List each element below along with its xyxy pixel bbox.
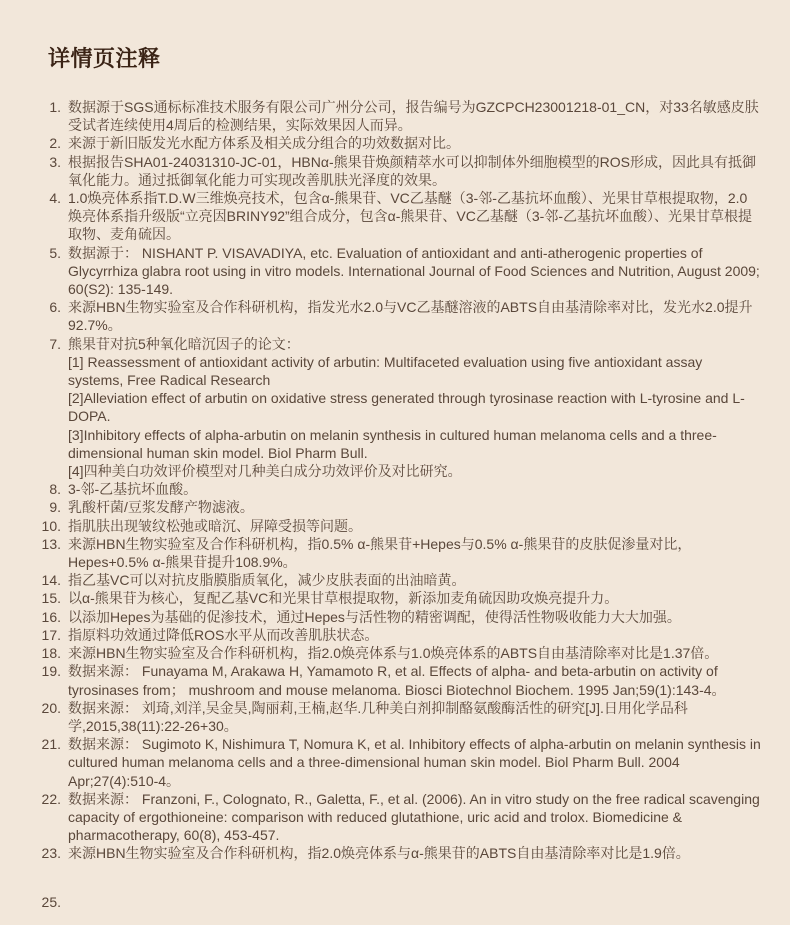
item-text: 指原料功效通过降低ROS水平从而改善肌肤状态。 [68,626,761,644]
item-number: 16. [33,608,61,626]
list-item: 10.指肌肤出现皱纹松弛或暗沉、屏障受损等问题。 [33,517,761,535]
item-number: 14. [33,571,61,589]
item-number: 22. [33,790,61,808]
list-item: 1.数据源于SGS通标标准技术服务有限公司广州分公司，报告编号为GZCPCH23… [33,98,761,134]
item-text: 数据来源： Funayama M, Arakawa H, Yamamoto R,… [68,662,761,698]
list-item: 6.来源HBN生物实验室及合作科研机构，指发光水2.0与VC乙基醚溶液的ABTS… [33,298,761,334]
item-text: 以添加Hepes为基础的促渗技术，通过Hepes与活性物的精密调配，使得活性物吸… [68,608,761,626]
list-item: 22.数据来源： Franzoni, F., Colognato, R., Ga… [33,790,761,845]
item-number: 17. [33,626,61,644]
item-text: 熊果苷对抗5种氧化暗沉因子的论文： [1] Reassessment of an… [68,335,761,481]
list-item: 19.数据来源： Funayama M, Arakawa H, Yamamoto… [33,662,761,698]
item-text: 数据源于： NISHANT P. VISAVADIYA, etc. Evalua… [68,244,761,299]
item-number: 20. [33,699,61,717]
list-item: 8.3-邻-乙基抗坏血酸。 [33,480,761,498]
item-number: 21. [33,735,61,753]
item-text: 数据来源： Sugimoto K, Nishimura T, Nomura K,… [68,735,761,790]
item-number: 13. [33,535,61,553]
list-item: 13.来源HBN生物实验室及合作科研机构，指0.5% α-熊果苷+Hepes与0… [33,535,761,571]
page-title: 详情页注释 [48,46,761,72]
list-item: 5.数据源于： NISHANT P. VISAVADIYA, etc. Eval… [33,244,761,299]
item-text: 指乙基VC可以对抗皮脂膜脂质氧化，减少皮肤表面的出油暗黄。 [68,571,761,589]
notes-list: 1.数据源于SGS通标标准技术服务有限公司广州分公司，报告编号为GZCPCH23… [33,98,761,863]
item-number: 18. [33,644,61,662]
list-item: 18.来源HBN生物实验室及合作科研机构，指2.0焕亮体系与1.0焕亮体系的AB… [33,644,761,662]
detail-notes-page: 详情页注释 1.数据源于SGS通标标准技术服务有限公司广州分公司，报告编号为GZ… [0,0,790,925]
list-item: 14.指乙基VC可以对抗皮脂膜脂质氧化，减少皮肤表面的出油暗黄。 [33,571,761,589]
item-number: 3. [33,153,61,171]
item-text: 乳酸杆菌/豆浆发酵产物滤液。 [68,498,761,516]
item-number: 6. [33,298,61,316]
list-item: 3.根据报告SHA01-24031310-JC-01，HBNα-熊果苷焕颜精萃水… [33,153,761,189]
list-item: 7.熊果苷对抗5种氧化暗沉因子的论文： [1] Reassessment of … [33,335,761,481]
list-item: 15.以α-熊果苷为核心，复配乙基VC和光果甘草根提取物，新添加麦角硫因助攻焕亮… [33,589,761,607]
item-number: 8. [33,480,61,498]
list-item: 23.来源HBN生物实验室及合作科研机构，指2.0焕亮体系与α-熊果苷的ABTS… [33,844,761,862]
item-number: 4. [33,189,61,207]
list-item: 16.以添加Hepes为基础的促渗技术，通过Hepes与活性物的精密调配，使得活… [33,608,761,626]
item-text: 3-邻-乙基抗坏血酸。 [68,480,761,498]
item-text: 数据来源： 刘琦,刘洋,吴金昊,陶丽莉,王楠,赵华.几种美白剂抑制酪氨酸酶活性的… [68,699,761,735]
item-number: 1. [33,98,61,116]
item-number: 15. [33,589,61,607]
item-text: 来源HBN生物实验室及合作科研机构，指0.5% α-熊果苷+Hepes与0.5%… [68,535,761,571]
item-number: 19. [33,662,61,680]
item-text: 来源HBN生物实验室及合作科研机构，指发光水2.0与VC乙基醚溶液的ABTS自由… [68,298,761,334]
item-number: 10. [33,517,61,535]
item-number: 23. [33,844,61,862]
item-text: 以α-熊果苷为核心，复配乙基VC和光果甘草根提取物，新添加麦角硫因助攻焕亮提升力… [68,589,761,607]
item-number: 5. [33,244,61,262]
item-text: 1.0焕亮体系指T.D.W三维焕亮技术，包含α-熊果苷、VC乙基醚（3-邻-乙基… [68,189,761,244]
item-text: 数据来源： Franzoni, F., Colognato, R., Galet… [68,790,761,845]
item-text: 来源于新旧版发光水配方体系及相关成分组合的功效数据对比。 [68,134,761,152]
list-item: 21.数据来源： Sugimoto K, Nishimura T, Nomura… [33,735,761,790]
list-item: 2.来源于新旧版发光水配方体系及相关成分组合的功效数据对比。 [33,134,761,152]
item-text: 指肌肤出现皱纹松弛或暗沉、屏障受损等问题。 [68,517,761,535]
item-text: 来源HBN生物实验室及合作科研机构，指2.0焕亮体系与α-熊果苷的ABTS自由基… [68,844,761,862]
list-item: 17.指原料功效通过降低ROS水平从而改善肌肤状态。 [33,626,761,644]
list-item: 20.数据来源： 刘琦,刘洋,吴金昊,陶丽莉,王楠,赵华.几种美白剂抑制酪氨酸酶… [33,699,761,735]
item-number: 25. [33,893,61,911]
list-item-trailing: 25. [33,893,761,911]
item-number: 9. [33,498,61,516]
list-item: 9.乳酸杆菌/豆浆发酵产物滤液。 [33,498,761,516]
item-number: 2. [33,134,61,152]
item-number: 7. [33,335,61,353]
item-text: 来源HBN生物实验室及合作科研机构，指2.0焕亮体系与1.0焕亮体系的ABTS自… [68,644,761,662]
list-item: 4.1.0焕亮体系指T.D.W三维焕亮技术，包含α-熊果苷、VC乙基醚（3-邻-… [33,189,761,244]
item-text: 数据源于SGS通标标准技术服务有限公司广州分公司，报告编号为GZCPCH2300… [68,98,761,134]
item-text: 根据报告SHA01-24031310-JC-01，HBNα-熊果苷焕颜精萃水可以… [68,153,761,189]
